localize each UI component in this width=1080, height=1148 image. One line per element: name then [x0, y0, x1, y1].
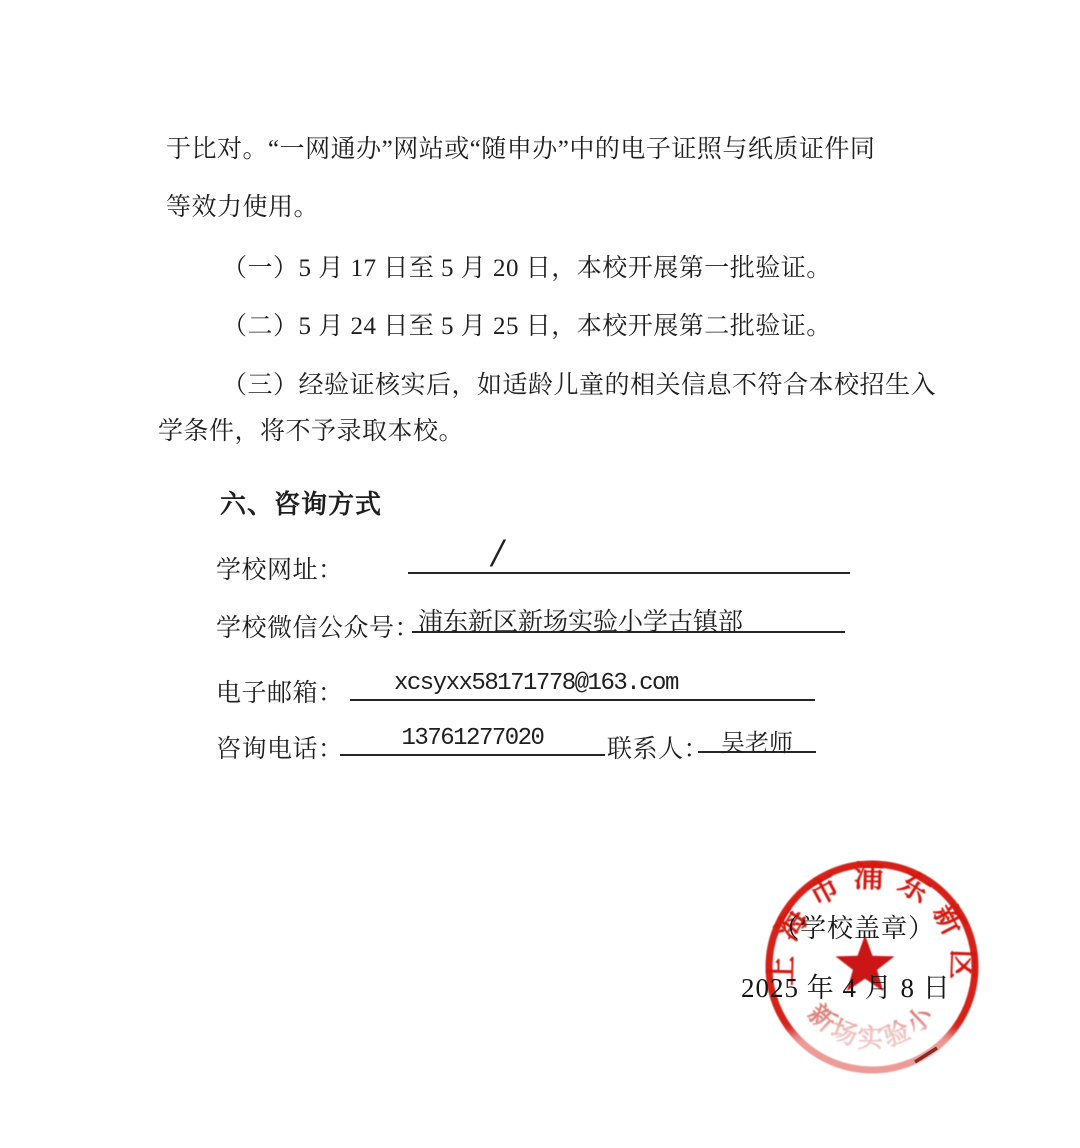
phone-label: 咨询电话：	[216, 729, 344, 765]
contact-underline: 吴老师	[698, 723, 816, 753]
contact-label: 联系人：	[607, 729, 709, 765]
date-text: 2025 年 4 月 8 日	[741, 966, 951, 1005]
phone-underline: 13761277020	[340, 725, 605, 756]
website-label: 学校网址：	[216, 550, 344, 586]
wechat-label: 学校微信公众号：	[216, 608, 420, 644]
list-item-2: （二）5 月 24 日至 5 月 25 日，本校开展第二批验证。	[222, 306, 832, 342]
list-item-3: （三）经验证核实后，如适龄儿童的相关信息不符合本校招生入	[222, 365, 936, 401]
paragraph-line: 于比对。“一网通办”网站或“随申办”中的电子证照与纸质证件同	[166, 129, 875, 165]
website-value: /	[492, 529, 503, 576]
list-item-1: （一）5 月 17 日至 5 月 20 日，本校开展第一批验证。	[222, 248, 832, 284]
wechat-value: 浦东新区新场实验小学古镇部	[418, 609, 743, 636]
paragraph-line: 等效力使用。	[166, 187, 319, 223]
phone-value: 13761277020	[402, 725, 544, 752]
email-value: xcsyxx58171778@163.com	[394, 670, 678, 697]
email-underline: xcsyxx58171778@163.com	[350, 670, 815, 701]
contact-value: 吴老师	[721, 731, 793, 757]
wechat-underline: 浦东新区新场实验小学古镇部	[412, 602, 845, 633]
seal-fade-overlay	[750, 1021, 1000, 1095]
email-label: 电子邮箱：	[216, 673, 344, 709]
list-item-3-continued: 学条件，将不予录取本校。	[158, 411, 464, 447]
website-underline: /	[408, 543, 850, 574]
section-heading: 六、咨询方式	[220, 484, 382, 521]
document-page: 于比对。“一网通办”网站或“随申办”中的电子证照与纸质证件同 等效力使用。 （一…	[0, 0, 1080, 1148]
stamp-note: （学校盖章）	[773, 908, 935, 945]
